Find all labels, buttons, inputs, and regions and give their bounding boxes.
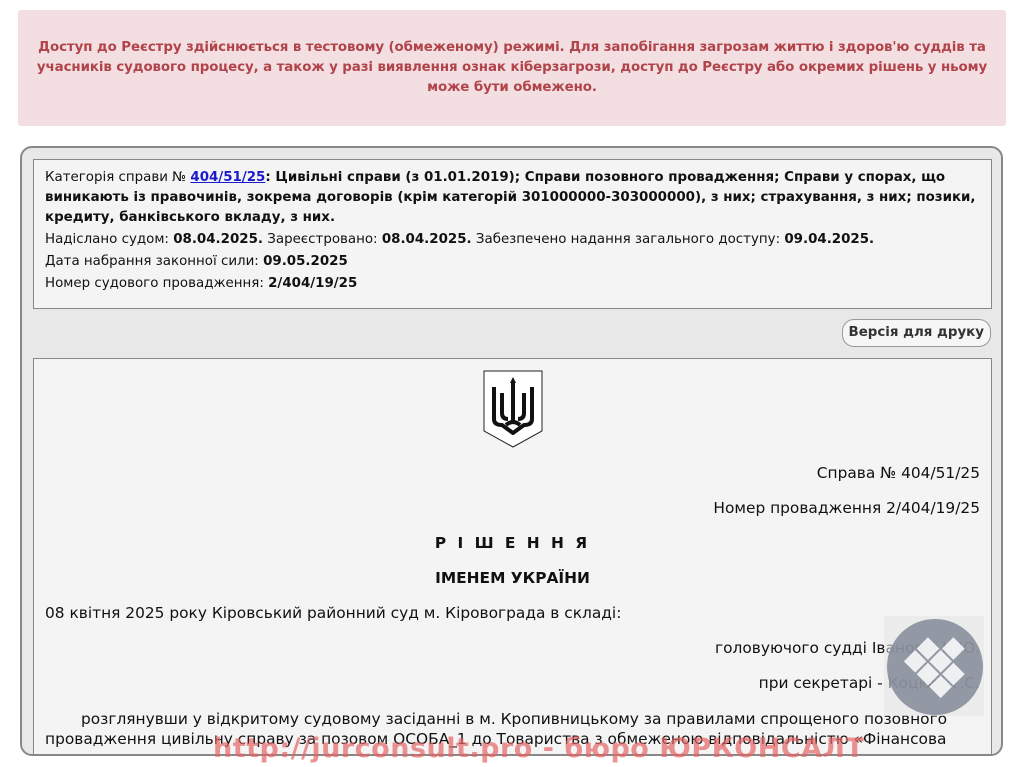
site-watermark: http://jurconsult.pro - бюро ЮРКОНСАЛТ [213,733,864,764]
decision-document: Справа № 404/51/25 Номер провадження 2/4… [33,358,992,756]
proceeding-number: 2/404/19/25 [268,276,357,291]
document-intro: 08 квітня 2025 року Кіровський районний … [45,604,621,622]
effective-date: 09.05.2025 [263,254,348,269]
access-date: 09.04.2025. [784,232,874,247]
case-category: Категорія справи № 404/51/25: Цивільні с… [45,168,980,228]
access-notice-text: Доступ до Реєстру здійснюється в тестово… [34,38,990,98]
sent-date: 08.04.2025. [173,232,263,247]
puzzle-grid-icon [887,619,983,715]
access-notice-banner: Доступ до Реєстру здійснюється в тестово… [18,10,1006,126]
print-version-button[interactable]: Версія для друку [842,319,992,347]
watermark-logo-icon [884,616,984,716]
registered-date: 08.04.2025. [382,232,472,247]
effective-date-row: Дата набрання законної сили: 09.05.2025 [45,252,980,272]
case-number-link[interactable]: 404/51/25 [190,170,265,185]
document-title: Р І Ш Е Н Н Я [34,534,991,552]
decision-frame: Категорія справи № 404/51/25: Цивільні с… [20,146,1003,756]
proceeding-number-row: Номер судового провадження: 2/404/19/25 [45,274,980,294]
ukraine-coat-of-arms-icon [482,369,544,449]
case-dates: Надіслано судом: 08.04.2025. Зареєстрова… [45,230,980,250]
case-info-panel: Категорія справи № 404/51/25: Цивільні с… [33,159,992,309]
document-subtitle: ІМЕНЕМ УКРАЇНИ [34,569,991,587]
document-proceeding-number: Номер провадження 2/404/19/25 [713,499,980,517]
document-case-number: Справа № 404/51/25 [817,464,980,482]
